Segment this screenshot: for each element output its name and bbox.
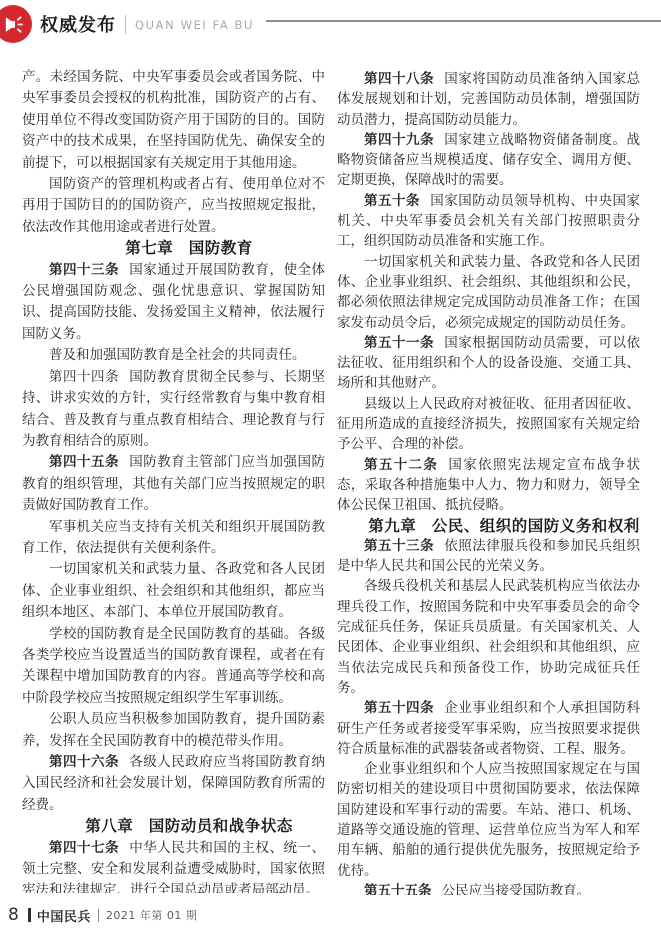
- article-number: 第五十二条: [364, 457, 438, 473]
- chapter-heading: 第七章国防教育: [22, 238, 325, 259]
- footer-separator: [28, 908, 31, 922]
- megaphone-icon: [2, 13, 25, 36]
- paragraph: 企业事业组织和个人应当按照国家规定在与国防密切相关的建设项目中贯彻国防要求，依法…: [337, 759, 640, 881]
- article-number: 第四十五条: [49, 454, 119, 470]
- paragraph-text: 产。未经国务院、中央军事委员会或者国务院、中央军事委员会授权的机构批准，国防资产…: [22, 69, 325, 171]
- chapter-title: 国防教育: [189, 239, 253, 257]
- article-number: 第五十四条: [364, 700, 434, 716]
- article-number: 第四十六条: [49, 754, 119, 770]
- page: { "header": { "title": "权威发布", "subtitle…: [0, 0, 661, 935]
- chapter-number: 第七章: [125, 239, 173, 257]
- footer-separator: [98, 909, 99, 922]
- paragraph-text: 各级兵役机关和基层人民武装机构应当依法办理兵役工作，按照国务院和中央军事委员会的…: [337, 578, 640, 695]
- paragraph: 各级兵役机关和基层人民武装机构应当依法办理兵役工作，按照国务院和中央军事委员会的…: [337, 576, 640, 698]
- header-subtitle: QUAN WEI FA BU: [135, 18, 254, 32]
- paragraph-text: 县级以上人民政府对被征收、征用者因征收、征用所造成的直接经济损失，按照国家有关规…: [337, 396, 640, 453]
- paragraph-text: 企业事业组织和个人应当按照国家规定在与国防密切相关的建设项目中贯彻国防要求，依法…: [337, 761, 640, 878]
- paragraph: 第五十二条国家依照宪法规定宣布战争状态，采取各种措施集中人力、物力和财力，领导全…: [337, 455, 640, 516]
- paragraph: 第五十四条企业事业组织和个人承担国防科研生产任务或者接受军事采购，应当按照要求提…: [337, 698, 640, 759]
- paragraph: 第五十三条依照法律服兵役和参加民兵组织是中华人民共和国公民的光荣义务。: [337, 536, 640, 577]
- paragraph: 第四十七条中华人民共和国的主权、统一、领土完整、安全和发展利益遭受威胁时，国家依…: [22, 838, 325, 893]
- paragraph: 公职人员应当积极参加国防教育，提升国防素养，发挥在全民国防教育中的模范带头作用。: [22, 709, 325, 752]
- article-number: 第四十九条: [364, 132, 434, 148]
- article-number: 第五十三条: [364, 538, 434, 554]
- paragraph-text: 公民应当接受国防教育。: [442, 883, 591, 895]
- paragraph: 第五十五条公民应当接受国防教育。: [337, 881, 640, 895]
- paragraph-text: 公职人员应当积极参加国防教育，提升国防素养，发挥在全民国防教育中的模范带头作用。: [22, 711, 325, 748]
- article-number: 第四十八条: [364, 71, 434, 87]
- page-number: 8: [8, 905, 19, 925]
- magazine-name: 中国民兵: [37, 906, 91, 925]
- chapter-number: 第八章: [85, 817, 133, 835]
- header-rule: [266, 20, 661, 22]
- paragraph-text: 普及和加强国防教育是全社会的共同责任。: [49, 347, 306, 363]
- paragraph: 学校的国防教育是全民国防教育的基础。各级各类学校应当设置适当的国防教育课程，或者…: [22, 624, 325, 710]
- paragraph-text: 军事机关应当支持有关机关和组织开展国防教育工作，依法提供有关便利条件。: [22, 519, 325, 556]
- article-body: 产。未经国务院、中央军事委员会或者国务院、中央军事委员会授权的机构批准，国防资产…: [0, 67, 661, 895]
- paragraph: 第四十三条国家通过开展国防教育，使全体公民增强国防观念、强化忧患意识、掌握国防知…: [22, 260, 325, 346]
- paragraph-text: 学校的国防教育是全民国防教育的基础。各级各类学校应当设置适当的国防教育课程，或者…: [22, 626, 325, 706]
- article-number: 第四十七条: [49, 840, 119, 856]
- right-column: 第四十八条国家将国防动员准备纳入国家总体发展规划和计划，完善国防动员体制，增强国…: [337, 67, 640, 895]
- chapter-number: 第九章: [368, 517, 416, 535]
- paragraph: 普及和加强国防教育是全社会的共同责任。: [22, 345, 325, 366]
- paragraph-text: 一切国家机关和武装力量、各政党和各人民团体、企业事业组织、社会组织、其他组织和公…: [337, 254, 640, 331]
- paragraph: 一切国家机关和武装力量、各政党和各人民团体、企业事业组织、社会组织和其他组织，都…: [22, 559, 325, 623]
- chapter-heading: 第八章国防动员和战争状态: [22, 816, 325, 837]
- article-number: 第五十五条: [364, 883, 432, 895]
- chapter-title: 公民、组织的国防义务和权利: [432, 517, 640, 535]
- paragraph: 第四十八条国家将国防动员准备纳入国家总体发展规划和计划，完善国防动员体制，增强国…: [337, 69, 640, 130]
- article-number: 第四十三条: [49, 262, 119, 278]
- paragraph: 一切国家机关和武装力量、各政党和各人民团体、企业事业组织、社会组织、其他组织和公…: [337, 252, 640, 333]
- paragraph: 第五十条国家国防动员领导机构、中央国家机关、中央军事委员会机关有关部门按照职责分…: [337, 191, 640, 252]
- paragraph: 第五十一条国家根据国防动员需要，可以依法征收、征用组织和个人的设备设施、交通工具…: [337, 333, 640, 394]
- paragraph-text: 一切国家机关和武装力量、各政党和各人民团体、企业事业组织、社会组织和其他组织，都…: [22, 561, 325, 620]
- chapter-heading: 第九章公民、组织的国防义务和权利: [337, 516, 640, 536]
- paragraph: 第四十五条国防教育主管部门应当加强国防教育的组织管理，其他有关部门应当按照规定的…: [22, 452, 325, 516]
- paragraph: 产。未经国务院、中央军事委员会或者国务院、中央军事委员会授权的机构批准，国防资产…: [22, 67, 325, 174]
- paragraph: 县级以上人民政府对被征收、征用者因征收、征用所造成的直接经济损失，按照国家有关规…: [337, 394, 640, 455]
- paragraph: 第四十九条国家建立战略物资储备制度。战略物资储备应当规模适度、储存安全、调用方便…: [337, 130, 640, 191]
- paragraph: 第四十六条各级人民政府应当将国防教育纳入国民经济和社会发展计划，保障国防教育所需…: [22, 752, 325, 816]
- page-footer: 8 中国民兵 2021 年第 01 期: [8, 905, 197, 925]
- article-number: 第五十条: [364, 193, 420, 209]
- header-separator: [125, 15, 126, 34]
- article-number: 第五十一条: [364, 335, 434, 351]
- paragraph: 军事机关应当支持有关机关和组织开展国防教育工作，依法提供有关便利条件。: [22, 517, 325, 560]
- issue-label: 2021 年第 01 期: [106, 907, 197, 923]
- header-title: 权威发布: [40, 11, 116, 37]
- page-header: 权威发布 QUAN WEI FA BU: [0, 0, 661, 48]
- paragraph: 国防资产的管理机构或者占有、使用单位对不再用于国防目的的国防资产，应当按照规定报…: [22, 174, 325, 238]
- article-number: 第四十四条: [49, 369, 119, 385]
- paragraph-text: 国防资产的管理机构或者占有、使用单位对不再用于国防目的的国防资产，应当按照规定报…: [22, 176, 325, 235]
- announcement-badge: [0, 5, 32, 43]
- left-column: 产。未经国务院、中央军事委员会或者国务院、中央军事委员会授权的机构批准，国防资产…: [22, 67, 325, 893]
- chapter-title: 国防动员和战争状态: [149, 817, 293, 835]
- paragraph: 第四十四条国防教育贯彻全民参与、长期坚持、讲求实效的方针，实行经常教育与集中教育…: [22, 367, 325, 453]
